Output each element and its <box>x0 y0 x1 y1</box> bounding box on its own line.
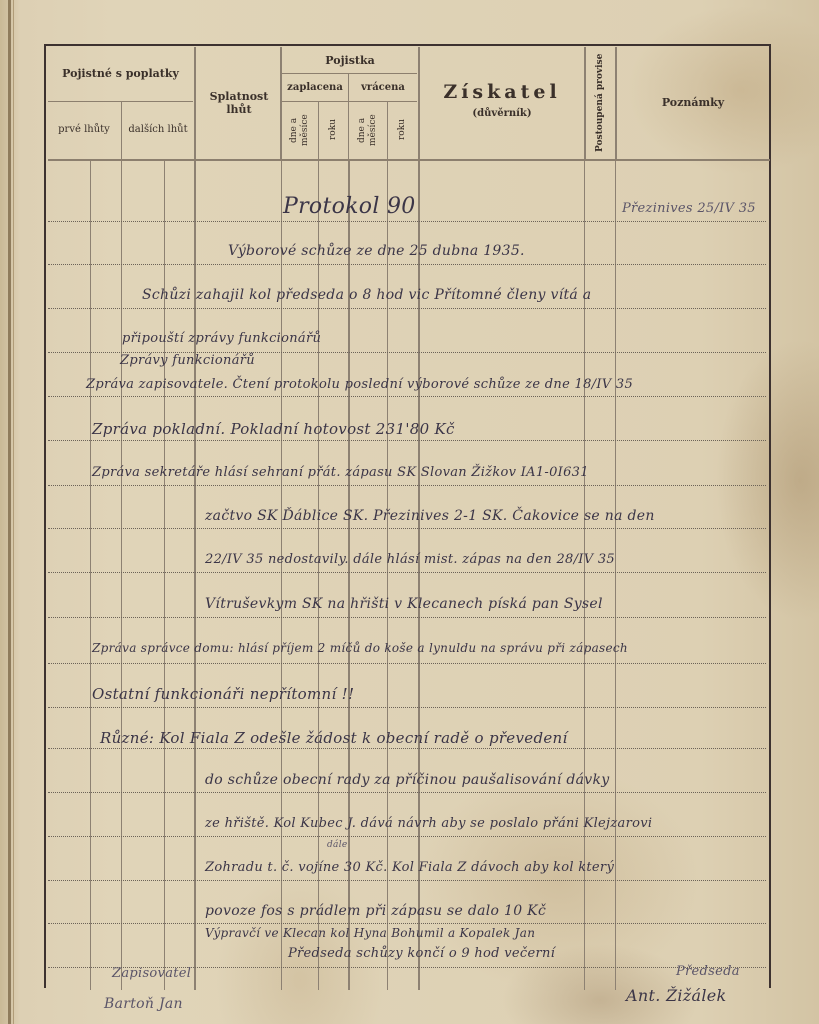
entry-line: 22/IV 35 nedostavily. dále hlásí mist. z… <box>205 552 615 567</box>
ruling-line <box>48 572 766 573</box>
header-bottom-line <box>48 159 770 161</box>
page-binding-edge <box>8 0 11 1024</box>
signature-predseda: Ant. Žižálek <box>626 986 727 1005</box>
entry-line: Zpráva správce domu: hlásí příjem 2 míčů… <box>92 641 628 655</box>
ruling-line <box>48 617 766 618</box>
entry-line: Zohradu t. č. vojíne 30 Kč. Kol Fiala Z … <box>205 860 614 875</box>
entry-line: ze hřiště. Kol Kubec J. dává návrh aby s… <box>205 816 652 831</box>
col-line <box>121 161 122 990</box>
ruling-line <box>48 440 766 441</box>
entry-line: Zpráva zapisovatele. Čtení protokolu pos… <box>86 377 633 392</box>
entry-line: Výborové schůze ze dne 25 dubna 1935. <box>228 243 525 259</box>
protocol-place-date: Přezinives 25/IV 35 <box>622 201 756 216</box>
col-line <box>194 47 196 159</box>
header-roku-zaplacena: roku <box>319 103 348 157</box>
header-splatnost-lhut: Splatnost lhůt <box>205 85 273 121</box>
protocol-title: Protokol 90 <box>283 194 416 219</box>
ruling-line <box>48 707 766 708</box>
header-pojistka: Pojistka <box>282 48 418 73</box>
ruling-line <box>48 836 766 837</box>
entry-line-ruzne: Různé: Kol Fiala Z odešle žádost k obecn… <box>100 729 568 747</box>
signature-zapisovatel: Bartoň Jan <box>104 996 183 1012</box>
ruling-line <box>48 264 766 265</box>
header-postoupena-provise: Postoupená provise <box>586 50 615 156</box>
entry-line: Zpráva sekretáře hlásí sehraní přát. záp… <box>92 465 589 480</box>
ruling-line <box>48 792 766 793</box>
entry-line: povoze fos s prádlem při zápasu se dalo … <box>205 903 546 919</box>
col-line <box>90 161 91 990</box>
header-divider-zaplacena <box>282 101 417 102</box>
signature-label-predseda: Předseda <box>676 964 740 979</box>
header-pojistne-s-poplatky: Pojistné s poplatky <box>48 48 193 100</box>
header-dne-a-mesice-zaplacena: dne a měsíce <box>282 103 318 157</box>
header-dalsich-lhut: dalších lhůt <box>122 102 194 158</box>
entry-line: do schůze obecní rady za příčinou paušal… <box>205 772 610 788</box>
ruling-line <box>48 221 766 222</box>
entry-line: Schůzi zahajil kol předseda o 8 hod vic … <box>142 287 591 303</box>
header-zaplacena: zaplacena <box>282 74 348 101</box>
header-dne-a-mesice-vracena: dne a měsíce <box>350 103 386 157</box>
signature-label-zapisovatel: Zapisovatel <box>112 966 191 981</box>
col-line <box>164 161 165 990</box>
ruling-line <box>48 663 766 664</box>
col-line <box>615 161 616 990</box>
header-ziskatel: Získatel <box>420 80 584 104</box>
header-vracena: vrácena <box>349 74 417 101</box>
header-ziskatel-duvernik: (důvěrník) <box>420 106 584 122</box>
entry-line: Ostatní funkcionáři nepřítomní !! <box>92 685 354 703</box>
entry-line: Zpráva pokladní. Pokladní hotovost 231'8… <box>92 420 455 438</box>
ruling-line <box>48 485 766 486</box>
ruling-line <box>48 923 766 924</box>
page-binding-stitch <box>13 0 14 1024</box>
entry-line: připouští zprávy funkcionářů <box>122 331 321 346</box>
entry-line: začtvo SK Ďáblice SK. Přezinives 2-1 SK.… <box>205 508 655 524</box>
header-prve-lhuty: prvé lhůty <box>48 102 120 158</box>
ledger-page: Pojistné s poplatky prvé lhůty dalších l… <box>0 0 819 1024</box>
entry-line: Zprávy funkcionářů <box>120 353 255 368</box>
entry-line: Vítruševkym SK na hřišti v Klecanech pís… <box>205 596 603 612</box>
entry-line-closing: Předseda schůzy končí o 9 hod večerní <box>288 946 555 961</box>
header-roku-vracena: roku <box>388 103 417 157</box>
ruling-line <box>48 396 766 397</box>
header-poznamky: Poznámky <box>617 48 769 158</box>
entry-insertion: dále <box>327 840 348 850</box>
ruling-line <box>48 880 766 881</box>
col-line <box>194 161 196 990</box>
ruling-line <box>48 528 766 529</box>
ruling-line <box>48 308 766 309</box>
entry-line: Výpravčí ve Klecan kol Hyna Bohumil a Ko… <box>205 926 535 940</box>
ruling-line <box>48 748 766 749</box>
